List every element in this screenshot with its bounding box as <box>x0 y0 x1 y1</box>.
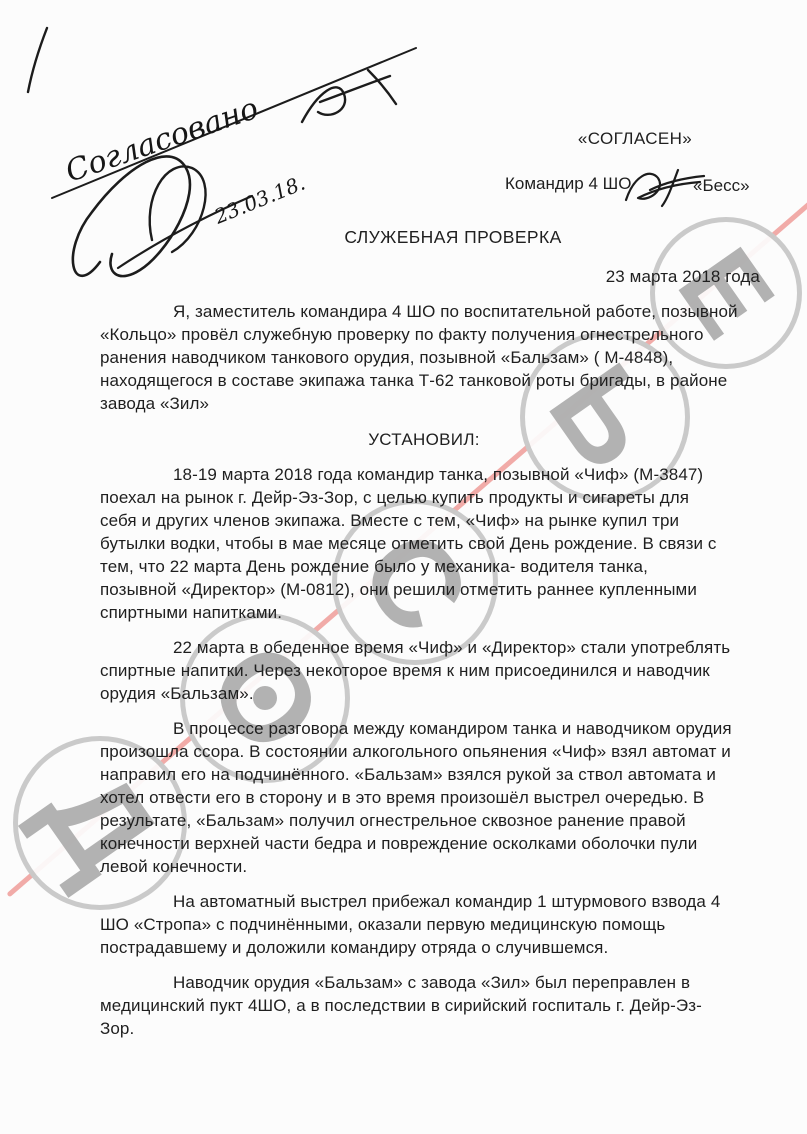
text-line: результате, «Бальзам» получил огнестрель… <box>100 809 748 832</box>
text-line: На автоматный выстрел прибежал командир … <box>100 890 748 913</box>
text-line: орудия «Бальзам». <box>100 682 748 705</box>
text-line: Наводчик орудия «Бальзам» с завода «Зил»… <box>100 971 748 994</box>
text-line: спиртными напитками. <box>100 601 748 624</box>
commander-position: Командир 4 ШО <box>505 174 631 193</box>
text-line: завода «Зил» <box>100 392 748 415</box>
text-line: произошла ссора. В состоянии алкогольног… <box>100 740 748 763</box>
text-line: 18-19 марта 2018 года командир танка, по… <box>100 463 748 486</box>
text-line: направил его на подчинённого. «Бальзам» … <box>100 763 748 786</box>
paragraph-1: 18-19 марта 2018 года командир танка, по… <box>100 463 748 624</box>
text-line: левой конечности. <box>100 855 748 878</box>
text-line: Зор. <box>100 1017 748 1040</box>
text-line: спиртные напитки. Через некоторое время … <box>100 659 748 682</box>
paragraph-intro: Я, заместитель командира 4 ШО по воспита… <box>100 300 748 415</box>
commander-callsign: «Бесс» <box>693 176 750 196</box>
approval-stamp: «СОГЛАСЕН» <box>480 129 790 149</box>
text-line: тем, что 22 марта День рождение было у м… <box>100 555 748 578</box>
handwritten-agreed-word: Согласовано <box>61 91 263 190</box>
approval-block: «СОГЛАСЕН» Командир 4 ШО «Бесс» <box>480 129 790 194</box>
document-date: 23 марта 2018 года <box>100 265 760 288</box>
text-line: хотел отвести его в сторону и в это врем… <box>100 786 748 809</box>
text-line: конечности верхней части бедра и поврежд… <box>100 832 748 855</box>
text-line: позывной «Директор» (М-0812), они решили… <box>100 578 748 601</box>
section-heading: УСТАНОВИЛ: <box>100 428 748 451</box>
handwritten-scribble <box>302 70 396 122</box>
text-line: бутылки водки, чтобы в мае месяце отмети… <box>100 532 748 555</box>
paragraph-3: В процессе разговора между командиром та… <box>100 717 748 878</box>
text-line: пострадавшему и доложили командиру отряд… <box>100 936 748 959</box>
text-line: находящегося в составе экипажа танка Т-6… <box>100 369 748 392</box>
commander-row: Командир 4 ШО «Бесс» <box>480 174 790 194</box>
text-line: себя и других членов экипажа. Вместе с т… <box>100 509 748 532</box>
text-line: В процессе разговора между командиром та… <box>100 717 748 740</box>
text-line: ранения наводчиком танкового орудия, поз… <box>100 346 748 369</box>
document-body: СЛУЖЕБНАЯ ПРОВЕРКА 23 марта 2018 года Я,… <box>100 226 748 1040</box>
text-line: ШО «Стропа» с подчинёнными, оказали перв… <box>100 913 748 936</box>
scanned-document-page: Д О С Ь Е Согласовано 23.03.18. «СОГЛАСЕ… <box>0 0 807 1134</box>
paragraph-2: 22 марта в обеденное время «Чиф» и «Дире… <box>100 636 748 705</box>
text-line: поехал на рынок г. Дейр-Эз-Зор, с целью … <box>100 486 748 509</box>
text-line: «Кольцо» провёл служебную проверку по фа… <box>100 323 748 346</box>
document-title: СЛУЖЕБНАЯ ПРОВЕРКА <box>100 226 748 249</box>
text-line: Я, заместитель командира 4 ШО по воспита… <box>100 300 748 323</box>
text-line: 22 марта в обеденное время «Чиф» и «Дире… <box>100 636 748 659</box>
pen-tick-mark <box>28 28 47 92</box>
handwritten-date: 23.03.18. <box>210 171 308 229</box>
text-line: медицинский пукт 4ШО, а в последствии в … <box>100 994 748 1017</box>
paragraph-4: На автоматный выстрел прибежал командир … <box>100 890 748 959</box>
paragraph-5: Наводчик орудия «Бальзам» с завода «Зил»… <box>100 971 748 1040</box>
